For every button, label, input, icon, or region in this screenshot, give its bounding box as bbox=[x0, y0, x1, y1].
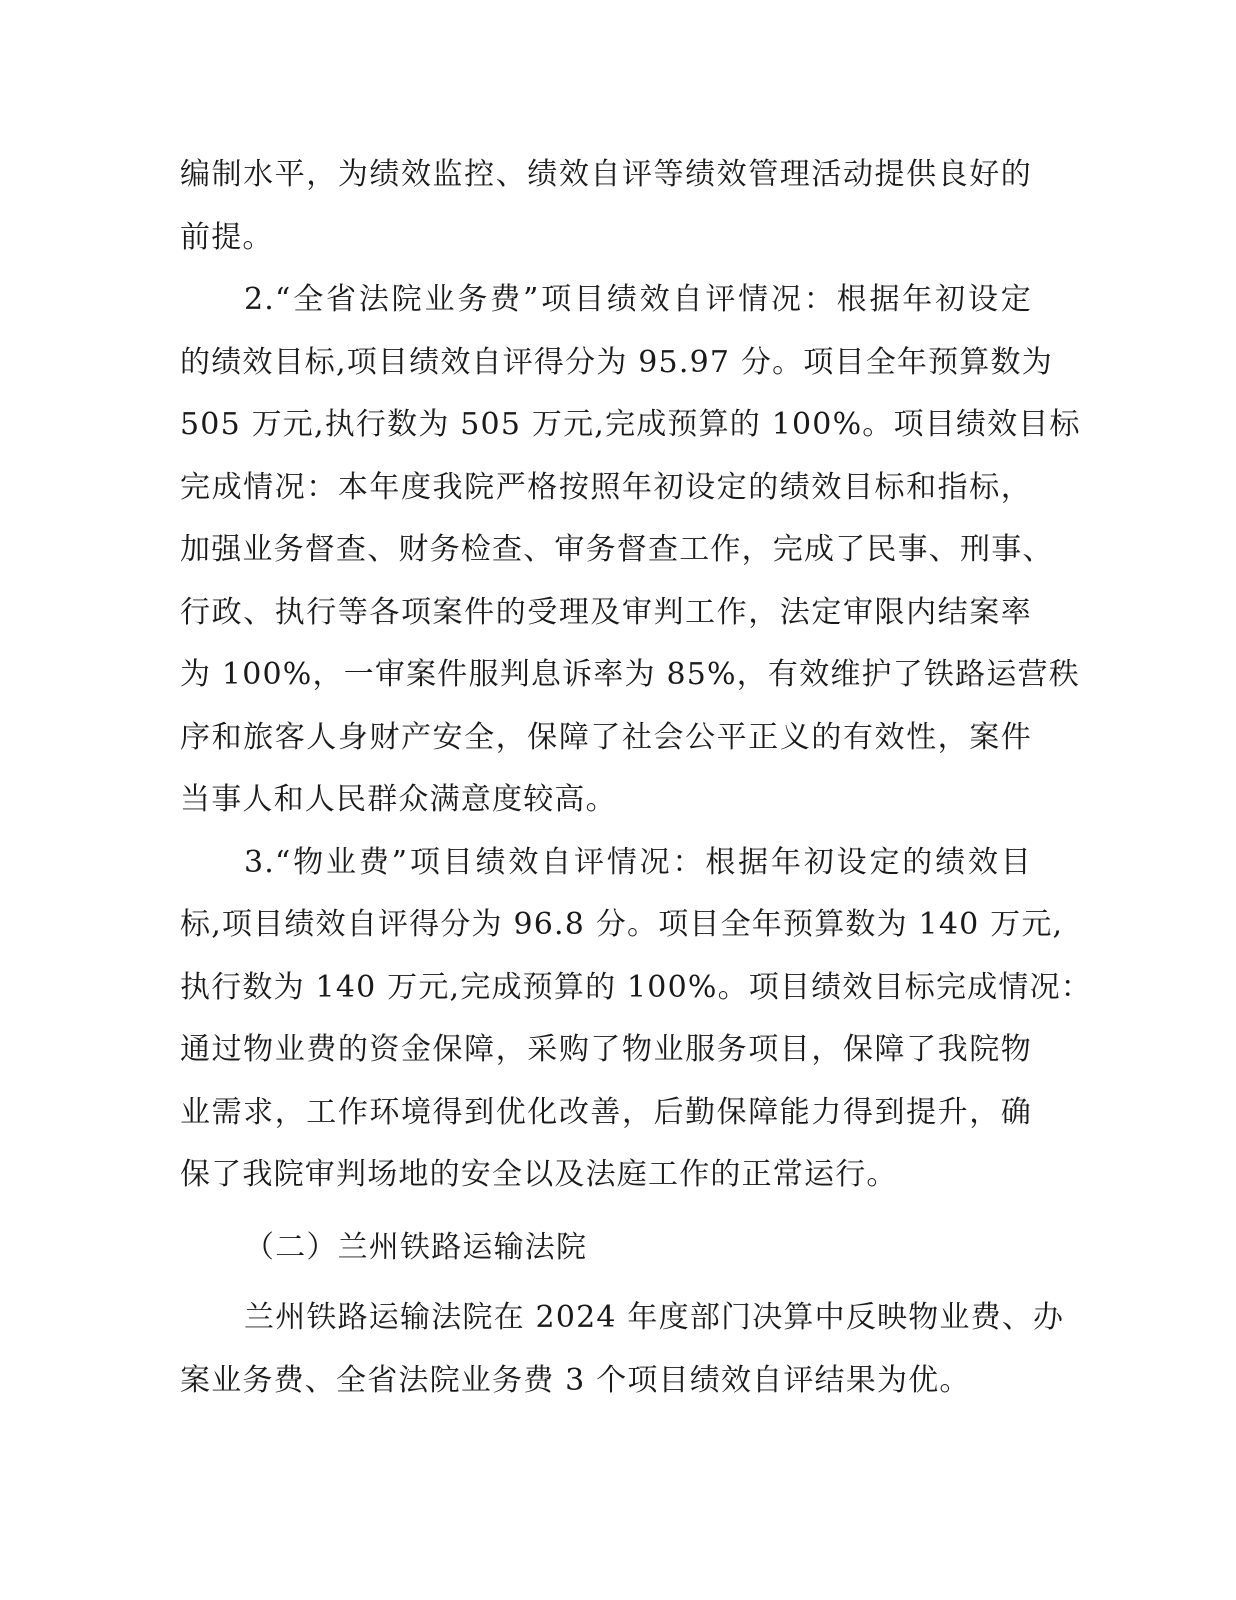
text-line: 业需求，工作环境得到优化改善，后勤保障能力得到提升，确 bbox=[180, 1082, 1032, 1145]
paragraph-lanzhou: 兰州铁路运输法院在 2024 年度部门决算中反映物业费、办 案业务费、全省法院业… bbox=[180, 1287, 1032, 1412]
document-page: 编制水平，为绩效监控、绩效自评等绩效管理活动提供良好的 前提。 2.“全省法院业… bbox=[180, 144, 1032, 1412]
text-line: 案业务费、全省法院业务费 3 个项目绩效自评结果为优。 bbox=[180, 1350, 1032, 1413]
paragraph-item-3: 3.“物业费”项目绩效自评情况：根据年初设定的绩效目 标,项目绩效自评得分为 9… bbox=[180, 832, 1032, 1207]
text-line: 通过物业费的资金保障，采购了物业服务项目，保障了我院物 bbox=[180, 1019, 1032, 1082]
paragraph-continuation: 编制水平，为绩效监控、绩效自评等绩效管理活动提供良好的 前提。 bbox=[180, 144, 1032, 269]
text-line: 兰州铁路运输法院在 2024 年度部门决算中反映物业费、办 bbox=[180, 1287, 1032, 1350]
text-line: 标,项目绩效自评得分为 96.8 分。项目全年预算数为 140 万元, bbox=[180, 894, 1032, 957]
text-line: 序和旅客人身财产安全，保障了社会公平正义的有效性，案件 bbox=[180, 707, 1032, 770]
text-line: 2.“全省法院业务费”项目绩效自评情况：根据年初设定 bbox=[180, 269, 1032, 332]
text-line: 前提。 bbox=[180, 207, 1032, 270]
text-line: 加强业务督查、财务检查、审务督查工作，完成了民事、刑事、 bbox=[180, 519, 1032, 582]
text-line: 行政、执行等各项案件的受理及审判工作，法定审限内结案率 bbox=[180, 582, 1032, 645]
text-line: 505 万元,执行数为 505 万元,完成预算的 100%。项目绩效目标 bbox=[180, 394, 1032, 457]
text-line: 为 100%，一审案件服判息诉率为 85%，有效维护了铁路运营秩 bbox=[180, 644, 1032, 707]
text-line: 保了我院审判场地的安全以及法庭工作的正常运行。 bbox=[180, 1144, 1032, 1207]
text-line: 的绩效目标,项目绩效自评得分为 95.97 分。项目全年预算数为 bbox=[180, 332, 1032, 395]
paragraph-item-2: 2.“全省法院业务费”项目绩效自评情况：根据年初设定 的绩效目标,项目绩效自评得… bbox=[180, 269, 1032, 832]
text-line: 执行数为 140 万元,完成预算的 100%。项目绩效目标完成情况： bbox=[180, 957, 1032, 1020]
text-line: 完成情况：本年度我院严格按照年初设定的绩效目标和指标， bbox=[180, 457, 1032, 520]
text-line: 当事人和人民群众满意度较高。 bbox=[180, 769, 1032, 832]
text-line: 编制水平，为绩效监控、绩效自评等绩效管理活动提供良好的 bbox=[180, 144, 1032, 207]
section-heading: （二）兰州铁路运输法院 bbox=[180, 1217, 1032, 1280]
text-line: 3.“物业费”项目绩效自评情况：根据年初设定的绩效目 bbox=[180, 832, 1032, 895]
